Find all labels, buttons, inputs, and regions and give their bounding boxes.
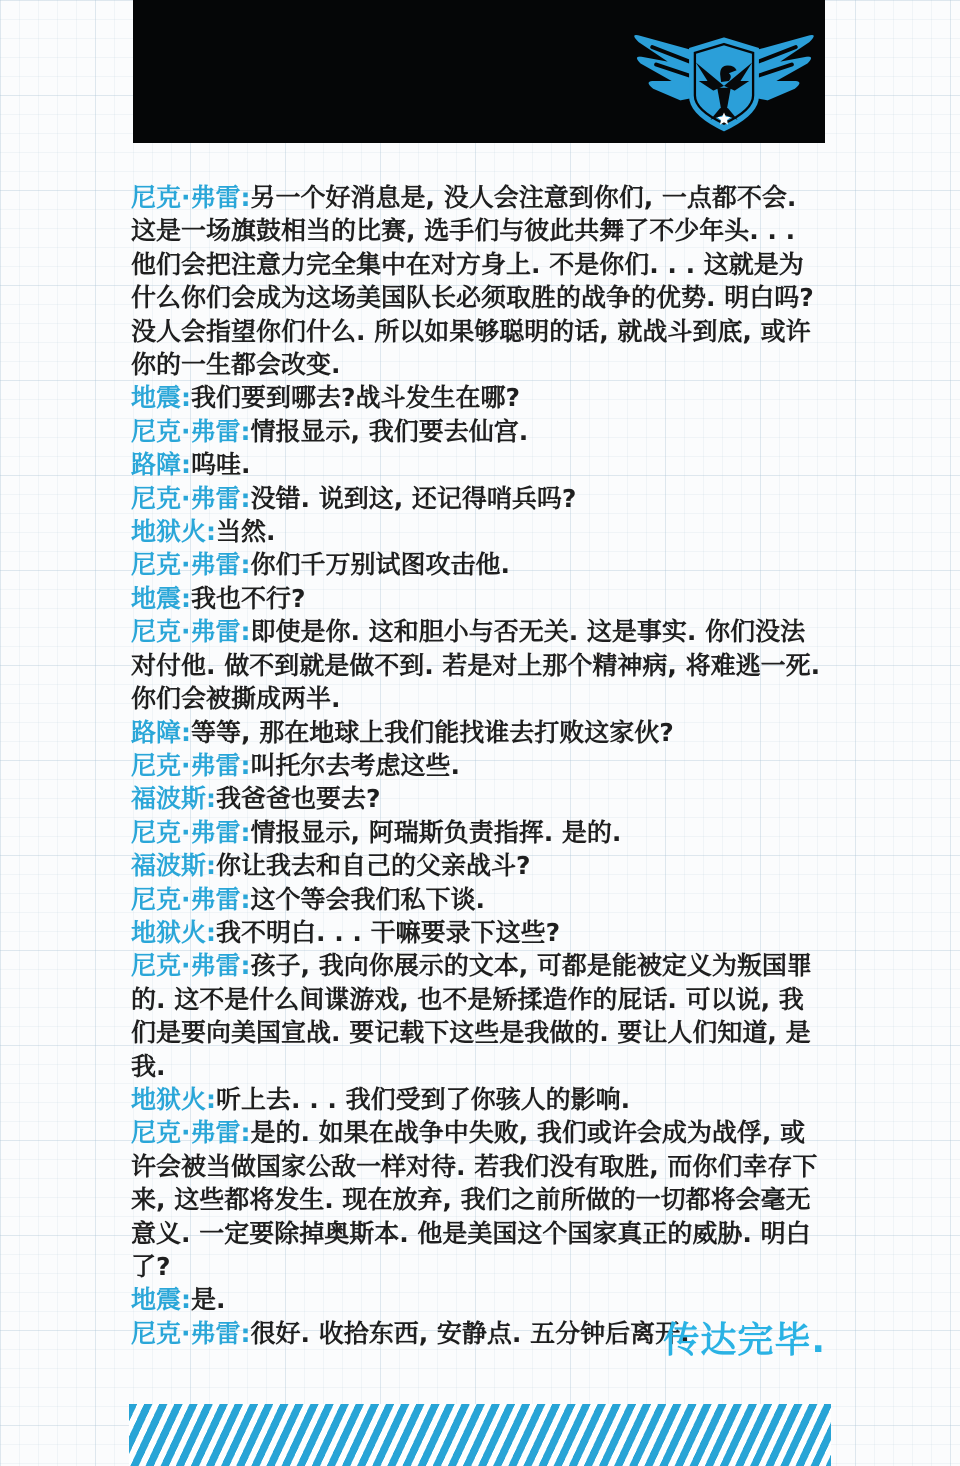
dialogue-text: 你们千万别试图攻击他.	[251, 550, 511, 579]
speaker-name: 尼克·弗雷:	[131, 751, 251, 780]
speaker-name: 尼克·弗雷:	[131, 617, 251, 646]
speaker-name: 尼克·弗雷:	[131, 1118, 251, 1147]
stripes-bar	[129, 1404, 831, 1466]
speaker-name: 尼克·弗雷:	[131, 885, 251, 914]
speaker-name: 尼克·弗雷:	[131, 818, 251, 847]
dialogue-line: 尼克·弗雷:情报显示, 我们要去仙宫.	[131, 415, 825, 448]
speaker-name: 地狱火:	[131, 1085, 216, 1114]
transcript: 尼克·弗雷:另一个好消息是, 没人会注意到你们, 一点都不会. 这是一场旗鼓相当…	[131, 181, 825, 1350]
dialogue-line: 尼克·弗雷:孩子, 我向你展示的文本, 可都是能被定义为叛国罪的. 这不是什么间…	[131, 949, 825, 1083]
dialogue-line: 路障:等等, 那在地球上我们能找谁去打败这家伙?	[131, 716, 825, 749]
dialogue-text: 听上去. . . 我们受到了你骇人的影响.	[216, 1085, 630, 1114]
eagle-shield-icon	[627, 24, 821, 136]
dialogue-text: 另一个好消息是, 没人会注意到你们, 一点都不会. 这是一场旗鼓相当的比赛, 选…	[131, 183, 814, 379]
dialogue-text: 情报显示, 我们要去仙宫.	[251, 417, 529, 446]
speaker-name: 路障:	[131, 718, 191, 747]
speaker-name: 福波斯:	[131, 784, 216, 813]
dialogue-text: 我们要到哪去?战斗发生在哪?	[191, 383, 520, 412]
dialogue-text: 我不明白. . . 干嘛要录下这些?	[216, 918, 560, 947]
speaker-name: 尼克·弗雷:	[131, 484, 251, 513]
dialogue-line: 福波斯:我爸爸也要去?	[131, 782, 825, 815]
header-bar	[133, 0, 825, 143]
dialogue-text: 没错. 说到这, 还记得哨兵吗?	[251, 484, 577, 513]
dialogue-text: 情报显示, 阿瑞斯负责指挥. 是的.	[251, 818, 622, 847]
signoff-text: 传达完毕.	[663, 1312, 826, 1363]
speaker-name: 地震:	[131, 584, 191, 613]
speaker-name: 地狱火:	[131, 517, 216, 546]
dialogue-line: 路障:呜哇.	[131, 448, 825, 481]
dialogue-text: 是.	[191, 1285, 226, 1314]
dialogue-text: 我爸爸也要去?	[216, 784, 381, 813]
speaker-name: 地震:	[131, 383, 191, 412]
dialogue-line: 尼克·弗雷:是的. 如果在战争中失败, 我们或许会成为战俘, 或许会被当做国家公…	[131, 1116, 825, 1283]
speaker-name: 福波斯:	[131, 851, 216, 880]
dialogue-text: 当然.	[216, 517, 276, 546]
dialogue-text: 你让我去和自己的父亲战斗?	[216, 851, 531, 880]
speaker-name: 尼克·弗雷:	[131, 417, 251, 446]
dialogue-line: 尼克·弗雷:这个等会我们私下谈.	[131, 883, 825, 916]
dialogue-line: 地震:我也不行?	[131, 582, 825, 615]
dialogue-line: 尼克·弗雷:情报显示, 阿瑞斯负责指挥. 是的.	[131, 816, 825, 849]
dialogue-line: 尼克·弗雷:叫托尔去考虑这些.	[131, 749, 825, 782]
dialogue-line: 地狱火:当然.	[131, 515, 825, 548]
dialogue-text: 等等, 那在地球上我们能找谁去打败这家伙?	[191, 718, 674, 747]
dialogue-line: 地狱火:听上去. . . 我们受到了你骇人的影响.	[131, 1083, 825, 1116]
dialogue-text: 我也不行?	[191, 584, 306, 613]
speaker-name: 尼克·弗雷:	[131, 951, 251, 980]
dialogue-line: 尼克·弗雷:即使是你. 这和胆小与否无关. 这是事实. 你们没法对付他. 做不到…	[131, 615, 825, 715]
dialogue-line: 福波斯:你让我去和自己的父亲战斗?	[131, 849, 825, 882]
speaker-name: 尼克·弗雷:	[131, 1319, 251, 1348]
dialogue-text: 叫托尔去考虑这些.	[251, 751, 461, 780]
speaker-name: 尼克·弗雷:	[131, 183, 251, 212]
dialogue-line: 尼克·弗雷:没错. 说到这, 还记得哨兵吗?	[131, 482, 825, 515]
dialogue-text: 很好. 收拾东西, 安静点. 五分钟后离开.	[251, 1319, 690, 1348]
speaker-name: 路障:	[131, 450, 191, 479]
speaker-name: 地狱火:	[131, 918, 216, 947]
speaker-name: 地震:	[131, 1285, 191, 1314]
dialogue-line: 尼克·弗雷:另一个好消息是, 没人会注意到你们, 一点都不会. 这是一场旗鼓相当…	[131, 181, 825, 381]
page: 尼克·弗雷:另一个好消息是, 没人会注意到你们, 一点都不会. 这是一场旗鼓相当…	[0, 0, 960, 1466]
dialogue-line: 地震:我们要到哪去?战斗发生在哪?	[131, 381, 825, 414]
speaker-name: 尼克·弗雷:	[131, 550, 251, 579]
dialogue-text: 呜哇.	[191, 450, 251, 479]
dialogue-line: 地狱火:我不明白. . . 干嘛要录下这些?	[131, 916, 825, 949]
dialogue-line: 尼克·弗雷:你们千万别试图攻击他.	[131, 548, 825, 581]
dialogue-text: 这个等会我们私下谈.	[251, 885, 486, 914]
